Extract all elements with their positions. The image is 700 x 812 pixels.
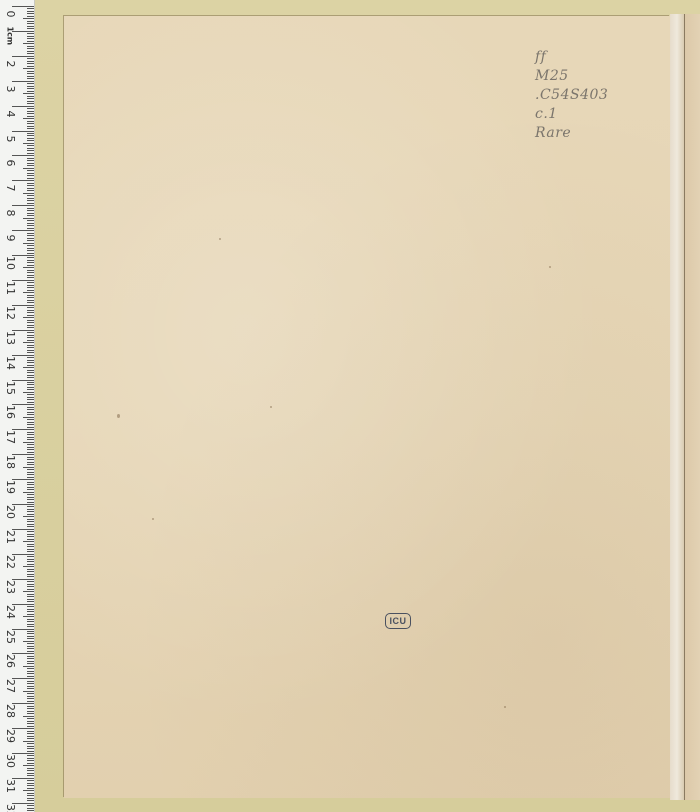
ruler-tick [27, 297, 34, 298]
ruler-number: 7 [4, 179, 16, 197]
ruler-tick [27, 693, 34, 694]
ruler-tick [27, 643, 34, 644]
ruler-tick [27, 307, 34, 308]
ruler-tick [27, 407, 34, 408]
ruler-tick [27, 795, 34, 796]
ruler-tick [27, 262, 34, 263]
ruler-tick [27, 165, 34, 166]
ruler-tick [27, 53, 34, 54]
ruler-tick [27, 773, 34, 774]
ruler-tick [27, 16, 34, 17]
ruler-tick [27, 638, 34, 639]
ruler-tick [23, 168, 34, 169]
ruler-tick [23, 691, 34, 692]
ruler-tick [27, 26, 34, 27]
ruler-tick [27, 534, 34, 535]
ruler-tick [27, 770, 34, 771]
ruler-tick [27, 225, 34, 226]
ruler-tick [27, 768, 34, 769]
ruler-tick [27, 394, 34, 395]
ruler-tick [23, 118, 34, 119]
paper-speck [270, 406, 272, 408]
ruler-tick [27, 511, 34, 512]
ruler-tick [27, 701, 34, 702]
ruler-tick [27, 375, 34, 376]
ruler-tick [27, 648, 34, 649]
ruler-tick [23, 68, 34, 69]
ruler-tick [27, 28, 34, 29]
ruler-tick [27, 477, 34, 478]
ruler-tick [27, 170, 34, 171]
ruler-tick [27, 427, 34, 428]
ruler-tick [27, 487, 34, 488]
ruler-number: 17 [4, 428, 16, 446]
paper-speck [152, 518, 154, 520]
ruler-tick [23, 267, 34, 268]
ruler-tick [27, 228, 34, 229]
ruler-tick [27, 462, 34, 463]
ruler-tick [27, 51, 34, 52]
ruler-tick [27, 213, 34, 214]
ruler-tick [27, 272, 34, 273]
ruler-tick [27, 539, 34, 540]
ruler-tick [27, 260, 34, 261]
ruler-tick [27, 48, 34, 49]
ruler-tick [27, 188, 34, 189]
ruler-tick [27, 320, 34, 321]
ruler-tick [27, 763, 34, 764]
ruler-tick [27, 688, 34, 689]
ruler-tick [27, 755, 34, 756]
ruler-number: 29 [4, 727, 16, 745]
ruler-number: 5 [4, 130, 16, 148]
ruler-tick [27, 190, 34, 191]
ruler-tick [27, 713, 34, 714]
ruler-tick [23, 716, 34, 717]
ruler-tick [27, 514, 34, 515]
handwritten-call-number: ff M25 .C54S403 c.1 Rare [535, 48, 608, 143]
ruler-tick [27, 235, 34, 236]
ruler-tick [27, 658, 34, 659]
ruler-tick [23, 591, 34, 592]
ruler-tick [27, 233, 34, 234]
ruler-tick [27, 576, 34, 577]
ruler-tick [27, 524, 34, 525]
call-number-line: Rare [535, 124, 608, 143]
ruler-tick [23, 392, 34, 393]
ruler-tick [27, 200, 34, 201]
ruler-tick [27, 123, 34, 124]
ruler-tick [27, 377, 34, 378]
ruler-number: 19 [4, 478, 16, 496]
ruler-tick [27, 506, 34, 507]
ruler-tick [27, 108, 34, 109]
ruler-tick [27, 253, 34, 254]
ruler-tick [27, 347, 34, 348]
ruler-tick [27, 711, 34, 712]
ruler-tick [27, 484, 34, 485]
ruler-tick [27, 208, 34, 209]
ruler-tick [27, 663, 34, 664]
ruler-number: 2 [4, 55, 16, 73]
ruler-tick [27, 357, 34, 358]
ruler-tick [27, 733, 34, 734]
ruler-tick [27, 96, 34, 97]
ruler-tick [27, 210, 34, 211]
ruler-tick [23, 765, 34, 766]
ruler-tick [27, 257, 34, 258]
ruler-tick [27, 101, 34, 102]
ruler-tick [27, 126, 34, 127]
ruler-tick [27, 708, 34, 709]
ruler-tick [27, 265, 34, 266]
ruler-tick [27, 561, 34, 562]
ruler-number: 16 [4, 403, 16, 421]
ruler-tick [23, 193, 34, 194]
ruler-tick [27, 128, 34, 129]
ruler-tick [27, 98, 34, 99]
ruler-tick [27, 163, 34, 164]
ruler-number: 8 [4, 204, 16, 222]
ruler-tick [27, 601, 34, 602]
ruler-tick [27, 546, 34, 547]
ruler-number: 13 [4, 329, 16, 347]
ruler-tick [27, 472, 34, 473]
ruler-tick [27, 497, 34, 498]
ruler-tick [27, 571, 34, 572]
ruler-tick [27, 556, 34, 557]
ruler-number: 10 [4, 254, 16, 272]
ruler-tick [27, 447, 34, 448]
ruler-tick [27, 58, 34, 59]
ruler-tick [27, 793, 34, 794]
paper-speck [117, 414, 120, 418]
ruler-tick [27, 673, 34, 674]
ruler-number: 32 [4, 802, 16, 812]
ruler-tick [27, 103, 34, 104]
ruler-tick [27, 586, 34, 587]
ruler-tick [23, 43, 34, 44]
ruler-unit-label: 1cm [6, 27, 15, 43]
ruler-tick [27, 624, 34, 625]
ruler-tick [27, 439, 34, 440]
ruler-tick [27, 111, 34, 112]
ruler-tick [27, 389, 34, 390]
ruler-tick [27, 551, 34, 552]
ruler-tick [27, 387, 34, 388]
ruler-tick [27, 38, 34, 39]
ruler-tick [27, 140, 34, 141]
ruler-tick [27, 751, 34, 752]
ruler-tick [27, 409, 34, 410]
ruler-tick [27, 86, 34, 87]
ruler-tick [27, 434, 34, 435]
ruler-tick [27, 397, 34, 398]
ruler-tick [27, 681, 34, 682]
ruler-tick [27, 370, 34, 371]
ruler-tick [23, 566, 34, 567]
ruler-tick [27, 656, 34, 657]
ruler-tick [23, 317, 34, 318]
ruler-tick [27, 270, 34, 271]
ruler-tick [27, 360, 34, 361]
ruler-tick [27, 63, 34, 64]
ruler-tick [27, 748, 34, 749]
ruler-tick [27, 469, 34, 470]
ruler-tick [27, 248, 34, 249]
ruler-tick [27, 619, 34, 620]
ruler-tick [23, 741, 34, 742]
ruler-tick [27, 332, 34, 333]
ruler-number: 14 [4, 354, 16, 372]
ruler-tick [27, 564, 34, 565]
ruler-tick [23, 616, 34, 617]
ruler-tick [27, 23, 34, 24]
ruler-tick [27, 758, 34, 759]
ruler-tick [27, 606, 34, 607]
ruler-tick [27, 88, 34, 89]
ruler-tick [27, 474, 34, 475]
ruler-tick [27, 723, 34, 724]
ruler-tick [27, 631, 34, 632]
ruler-tick [27, 509, 34, 510]
ruler-tick [27, 71, 34, 72]
ruler-tick [27, 362, 34, 363]
paper-speck [549, 266, 551, 268]
ruler-tick [27, 760, 34, 761]
ruler-tick [23, 367, 34, 368]
ruler-tick [27, 402, 34, 403]
ruler-tick [27, 544, 34, 545]
ruler-tick [23, 18, 34, 19]
ruler-tick [27, 335, 34, 336]
ruler-number: 23 [4, 578, 16, 596]
ruler-tick [27, 340, 34, 341]
ruler-tick [27, 559, 34, 560]
ruler-tick [27, 736, 34, 737]
ruler-tick [27, 676, 34, 677]
ruler-tick [27, 459, 34, 460]
ruler-tick [27, 614, 34, 615]
ruler-number: 11 [4, 279, 16, 297]
ruler-number: 20 [4, 503, 16, 521]
ruler-tick [27, 41, 34, 42]
ruler-tick [27, 13, 34, 14]
ruler-tick [27, 422, 34, 423]
ruler-tick [27, 73, 34, 74]
ruler-tick [27, 494, 34, 495]
ruler-tick [27, 489, 34, 490]
ruler-tick [27, 91, 34, 92]
ruler-tick [27, 277, 34, 278]
ruler-tick [27, 531, 34, 532]
ruler-tick [27, 11, 34, 12]
ruler-tick [27, 135, 34, 136]
ruler-tick [27, 686, 34, 687]
ruler-tick [27, 594, 34, 595]
ruler-tick [27, 312, 34, 313]
ruler-tick [27, 432, 34, 433]
ruler-tick [27, 718, 34, 719]
ruler-tick [27, 133, 34, 134]
ruler-tick [27, 661, 34, 662]
ruler-tick [23, 218, 34, 219]
ruler-tick [27, 148, 34, 149]
ruler-tick [27, 384, 34, 385]
ruler-tick [27, 345, 34, 346]
ruler-tick [27, 315, 34, 316]
library-stamp: ICU [385, 613, 411, 629]
ruler-tick [27, 671, 34, 672]
ruler-tick [27, 810, 34, 811]
ruler-tick [27, 245, 34, 246]
ruler-tick [27, 805, 34, 806]
ruler-tick [27, 721, 34, 722]
ruler-tick [27, 178, 34, 179]
ruler-tick [23, 417, 34, 418]
ruler-tick [27, 287, 34, 288]
ruler-tick [27, 21, 34, 22]
back-cover-edge [685, 14, 700, 800]
ruler-tick [27, 61, 34, 62]
ruler-tick [27, 633, 34, 634]
ruler-number: 6 [4, 154, 16, 172]
ruler-tick [27, 424, 34, 425]
ruler-number: 3 [4, 80, 16, 98]
ruler-tick [23, 790, 34, 791]
ruler-number: 22 [4, 553, 16, 571]
ruler-tick [27, 285, 34, 286]
ruler-tick [27, 121, 34, 122]
ruler-number: 9 [4, 229, 16, 247]
ruler-number: 21 [4, 528, 16, 546]
ruler-number: 25 [4, 628, 16, 646]
call-number-line: ff [535, 48, 608, 67]
ruler-tick [27, 138, 34, 139]
ruler-tick [27, 238, 34, 239]
ruler-tick [27, 160, 34, 161]
ruler-tick [27, 352, 34, 353]
measurement-ruler: 1cm 023456789101112131415161718192021222… [0, 0, 35, 812]
ruler-number: 18 [4, 453, 16, 471]
ruler-tick [27, 783, 34, 784]
ruler-tick [27, 327, 34, 328]
ruler-tick [27, 596, 34, 597]
ruler-tick [27, 250, 34, 251]
ruler-tick [27, 203, 34, 204]
ruler-number: 27 [4, 677, 16, 695]
ruler-tick [27, 175, 34, 176]
ruler-tick [27, 302, 34, 303]
ruler-tick [27, 46, 34, 47]
ruler-tick [27, 83, 34, 84]
ruler-number: 28 [4, 702, 16, 720]
ruler-tick [27, 150, 34, 151]
ruler-tick [27, 173, 34, 174]
ruler-number: 26 [4, 652, 16, 670]
ruler-tick [27, 215, 34, 216]
ruler-tick [27, 589, 34, 590]
ruler-tick [27, 240, 34, 241]
ruler-tick [27, 521, 34, 522]
ruler-tick [27, 365, 34, 366]
ruler-tick [27, 310, 34, 311]
ruler-tick [27, 223, 34, 224]
ruler-tick [27, 788, 34, 789]
ruler-tick [27, 337, 34, 338]
paper-speck [219, 238, 221, 240]
ruler-tick [27, 116, 34, 117]
ruler-tick [27, 549, 34, 550]
ruler-tick [23, 641, 34, 642]
ruler-tick [27, 419, 34, 420]
ruler-tick [27, 646, 34, 647]
ruler-tick [27, 290, 34, 291]
ruler-tick [23, 442, 34, 443]
ruler-tick [23, 93, 34, 94]
ruler-tick [27, 621, 34, 622]
ruler-tick [27, 183, 34, 184]
ruler-tick [27, 185, 34, 186]
ruler-tick [27, 726, 34, 727]
ruler-tick [27, 775, 34, 776]
ruler-tick [27, 449, 34, 450]
ruler-tick [27, 780, 34, 781]
ruler-tick [27, 414, 34, 415]
ruler-number: 15 [4, 379, 16, 397]
ruler-tick [27, 452, 34, 453]
ruler-tick [27, 195, 34, 196]
ruler-tick [27, 36, 34, 37]
ruler-tick [27, 698, 34, 699]
ruler-number: 0 [4, 5, 16, 23]
ruler-tick [27, 683, 34, 684]
ruler-tick [27, 153, 34, 154]
ruler-tick [27, 295, 34, 296]
ruler-tick [23, 467, 34, 468]
ruler-tick [27, 444, 34, 445]
ruler-tick [27, 599, 34, 600]
ruler-tick [27, 611, 34, 612]
ruler-tick [27, 322, 34, 323]
ruler-tick [12, 31, 34, 32]
ruler-tick [27, 399, 34, 400]
ruler-tick [27, 382, 34, 383]
ruler-tick [23, 342, 34, 343]
ruler-number: 30 [4, 752, 16, 770]
ruler-tick [27, 785, 34, 786]
ruler-tick [27, 502, 34, 503]
ruler-tick [27, 482, 34, 483]
ruler-tick [27, 519, 34, 520]
ruler-tick [27, 798, 34, 799]
call-number-line: M25 [535, 67, 608, 86]
ruler-tick [23, 666, 34, 667]
ruler-tick [27, 808, 34, 809]
ruler-tick [27, 198, 34, 199]
ruler-tick [27, 696, 34, 697]
ruler-tick [27, 300, 34, 301]
ruler-number: 4 [4, 105, 16, 123]
ruler-tick [27, 536, 34, 537]
ruler-tick [23, 516, 34, 517]
ruler-tick [27, 412, 34, 413]
ruler-tick [23, 541, 34, 542]
ruler-tick [27, 113, 34, 114]
ruler-tick [27, 800, 34, 801]
ruler-tick [27, 746, 34, 747]
ruler-tick [27, 743, 34, 744]
